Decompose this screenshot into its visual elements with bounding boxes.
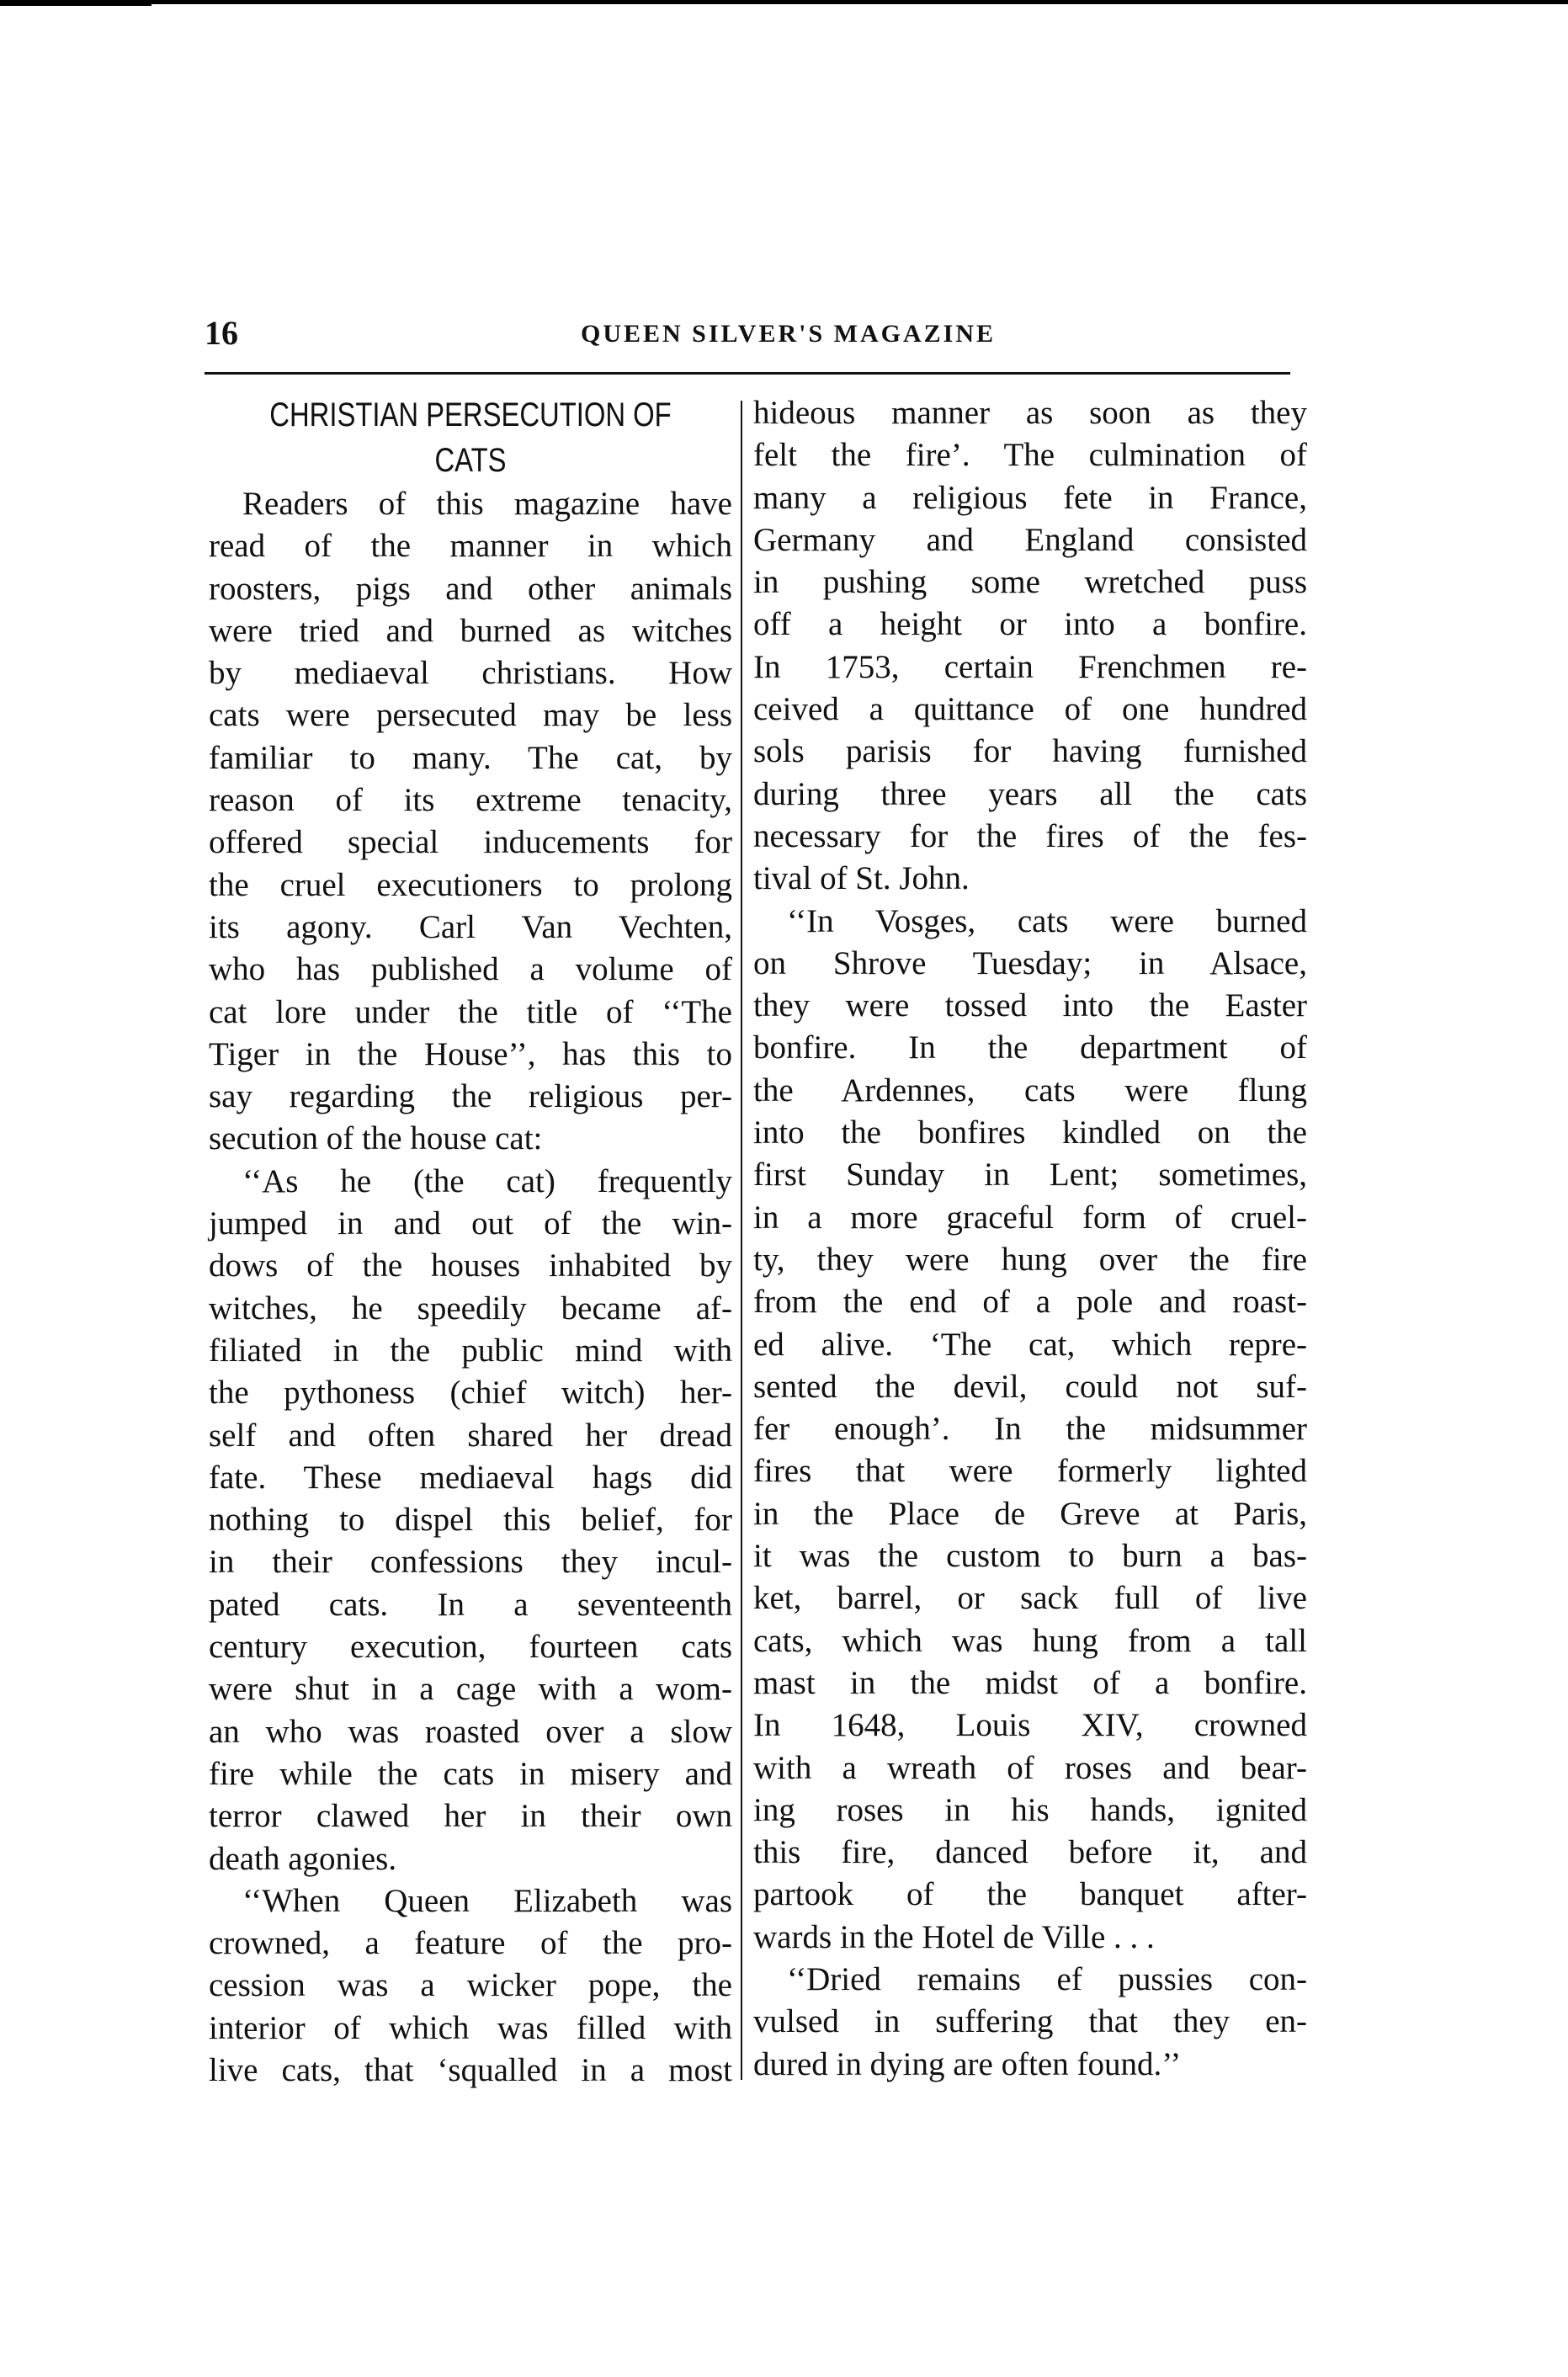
text-line: with a wreath of roses and bear- (753, 1747, 1307, 1789)
text-line: sented the devil, could not suf- (753, 1366, 1307, 1408)
text-line: cession was a wicker pope, the (209, 1965, 732, 2007)
text-line: ing roses in his hands, ignited (753, 1789, 1307, 1832)
running-head: QUEEN SILVER'S MAGAZINE (0, 320, 1568, 348)
text-line: terror clawed her in their own (209, 1795, 732, 1837)
text-line: crowned, a feature of the pro- (209, 1922, 732, 1965)
left-column: CHRISTIAN PERSECUTION OF CATS Readers of… (209, 392, 732, 2092)
text-line: tival of St. John. (753, 858, 1307, 900)
text-line: necessary for the fires of the fes- (753, 816, 1307, 858)
text-line: partook of the banquet after- (753, 1874, 1307, 1916)
text-line: ed alive. ‘The cat, which repre- (753, 1324, 1307, 1366)
text-line: the Ardennes, cats were flung (753, 1070, 1307, 1112)
article-title-line: CHRISTIAN PERSECUTION OF (256, 392, 685, 438)
text-line: fires that were formerly lighted (753, 1450, 1307, 1492)
article-title: CHRISTIAN PERSECUTION OF CATS (209, 392, 732, 483)
text-line: were shut in a cage with a wom- (209, 1668, 732, 1710)
text-line: pated cats. In a seventeenth (209, 1584, 732, 1626)
text-line: ty, they were hung over the fire (753, 1239, 1307, 1281)
text-line: it was the custom to burn a bas- (753, 1535, 1307, 1577)
text-line: dured in dying are often found.’’ (753, 2044, 1307, 2086)
text-line: the pythoness (chief witch) her- (209, 1372, 732, 1414)
text-line: by mediaeval christians. How (209, 652, 732, 694)
text-line: cats, which was hung from a tall (753, 1620, 1307, 1662)
text-line: say regarding the religious per- (209, 1076, 732, 1118)
text-line: Tiger in the House’’, has this to (209, 1034, 732, 1076)
text-line: during three years all the cats (753, 774, 1307, 816)
text-line: were tried and burned as witches (209, 610, 732, 652)
text-line: interior of which was filled with (209, 2007, 732, 2050)
text-line: from the end of a pole and roast- (753, 1281, 1307, 1323)
text-line: fire while the cats in misery and (209, 1753, 732, 1795)
text-line: cat lore under the title of ‘‘The (209, 992, 732, 1034)
text-line: filiated in the public mind with (209, 1330, 732, 1372)
text-line: who has published a volume of (209, 949, 732, 991)
text-line: ‘‘As he (the cat) frequently (209, 1161, 732, 1203)
magazine-title: QUEEN SILVER'S MAGAZINE (581, 320, 996, 348)
text-line: self and often shared her dread (209, 1415, 732, 1457)
text-line: secution of the house cat: (209, 1118, 732, 1160)
text-line: in pushing some wretched puss (753, 561, 1307, 604)
text-line: on Shrove Tuesday; in Alsace, (753, 943, 1307, 985)
text-line: fate. These mediaeval hags did (209, 1457, 732, 1499)
text-line: live cats, that ‘squalled in a most (209, 2050, 732, 2092)
text-line: bonfire. In the department of (753, 1027, 1307, 1069)
text-line: dows of the houses inhabited by (209, 1245, 732, 1287)
text-line: ‘‘When Queen Elizabeth was (209, 1880, 732, 1922)
text-line: the cruel executioners to prolong (209, 864, 732, 907)
text-line: an who was roasted over a slow (209, 1711, 732, 1753)
text-line: death agonies. (209, 1838, 732, 1880)
text-line: fer enough’. In the midsummer (753, 1408, 1307, 1450)
text-line: reason of its extreme tenacity, (209, 779, 732, 822)
text-line: mast in the midst of a bonfire. (753, 1662, 1307, 1704)
text-line: hideous manner as soon as they (753, 392, 1307, 434)
text-line: ‘‘Dried remains ef pussies con- (753, 1959, 1307, 2001)
right-column: hideous manner as soon as theyfelt the f… (753, 392, 1307, 2086)
text-line: in the Place de Greve at Paris, (753, 1493, 1307, 1535)
text-line: Germany and England consisted (753, 519, 1307, 561)
text-line: felt the fire’. The culmination of (753, 434, 1307, 476)
text-line: cats were persecuted may be less (209, 694, 732, 736)
right-column-text: hideous manner as soon as theyfelt the f… (753, 392, 1307, 2086)
text-line: Readers of this magazine have (209, 483, 732, 525)
text-line: century execution, fourteen cats (209, 1626, 732, 1668)
scan-top-edge (0, 0, 1568, 4)
text-line: read of the manner in which (209, 525, 732, 567)
text-line: ‘‘In Vosges, cats were burned (753, 901, 1307, 943)
article-title-line: CATS (256, 438, 685, 483)
text-line: in their confessions they incul- (209, 1541, 732, 1583)
text-line: they were tossed into the Easter (753, 985, 1307, 1027)
text-line: this fire, danced before it, and (753, 1832, 1307, 1874)
left-column-text: Readers of this magazine haveread of the… (209, 483, 732, 2092)
text-line: ket, barrel, or sack full of live (753, 1577, 1307, 1619)
text-line: roosters, pigs and other animals (209, 568, 732, 610)
text-line: offered special inducements for (209, 822, 732, 864)
text-line: many a religious fete in France, (753, 477, 1307, 519)
text-line: ceived a quittance of one hundred (753, 689, 1307, 731)
text-line: witches, he speedily became af- (209, 1288, 732, 1330)
text-line: sols parisis for having furnished (753, 731, 1307, 773)
text-line: into the bonfires kindled on the (753, 1112, 1307, 1154)
text-line: jumped in and out of the win- (209, 1203, 732, 1245)
text-line: first Sunday in Lent; sometimes, (753, 1154, 1307, 1196)
text-line: nothing to dispel this belief, for (209, 1499, 732, 1541)
text-line: In 1648, Louis XIV, crowned (753, 1704, 1307, 1747)
text-line: off a height or into a bonfire. (753, 604, 1307, 646)
text-line: vulsed in suffering that they en- (753, 2001, 1307, 2043)
text-line: familiar to many. The cat, by (209, 737, 732, 779)
scan-top-edge-mark (0, 4, 151, 6)
text-line: in a more graceful form of cruel- (753, 1197, 1307, 1239)
header-rule (205, 372, 1290, 375)
column-rule (741, 401, 742, 2080)
text-line: In 1753, certain Frenchmen re- (753, 646, 1307, 689)
text-line: its agony. Carl Van Vechten, (209, 907, 732, 949)
text-line: wards in the Hotel de Ville . . . (753, 1917, 1307, 1959)
